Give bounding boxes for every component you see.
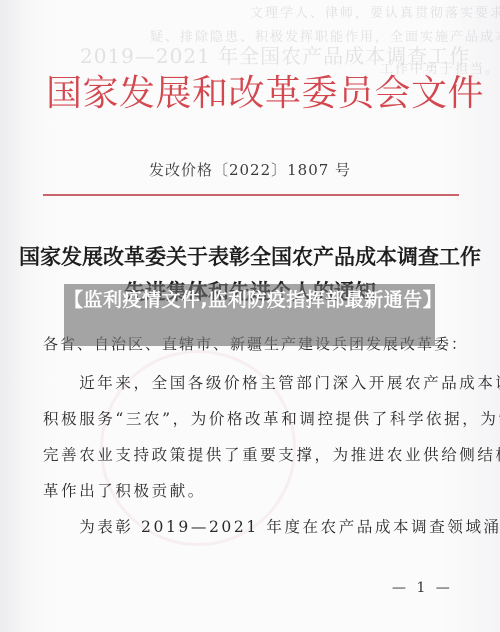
red-divider-line <box>43 194 459 196</box>
caption-overlay-text[interactable]: 【监利疫情文件,监利防疫指挥部最新通告】 <box>64 286 435 314</box>
body-line: 近年来，全国各级价格主管部门深入开展农产品成本调查， <box>43 371 459 393</box>
body-line: 完善农业支持政策提供了重要支撑，为推进农业供给侧结构性改 <box>43 443 459 465</box>
show-through-text: 文理学人、律师，要认真贯彻落实要求，坚决做好 <box>250 2 500 21</box>
page-number: — 1 — <box>392 580 453 596</box>
body-line: 积极服务“三农”，为价格改革和调控提供了科学依据，为制定 <box>43 407 459 429</box>
issuing-authority-header: 国家发展和改革委员会文件 <box>46 72 456 116</box>
body-line: 为表彰 2019—2021 年度在农产品成本调查领域涌现的先进集 <box>43 515 459 537</box>
document-title-line-1: 国家发展改革委关于表彰全国农产品成本调查工作 <box>0 241 500 271</box>
document-number: 发改价格〔2022〕1807 号 <box>0 159 500 180</box>
body-line: 革作出了积极贡献。 <box>43 479 459 501</box>
